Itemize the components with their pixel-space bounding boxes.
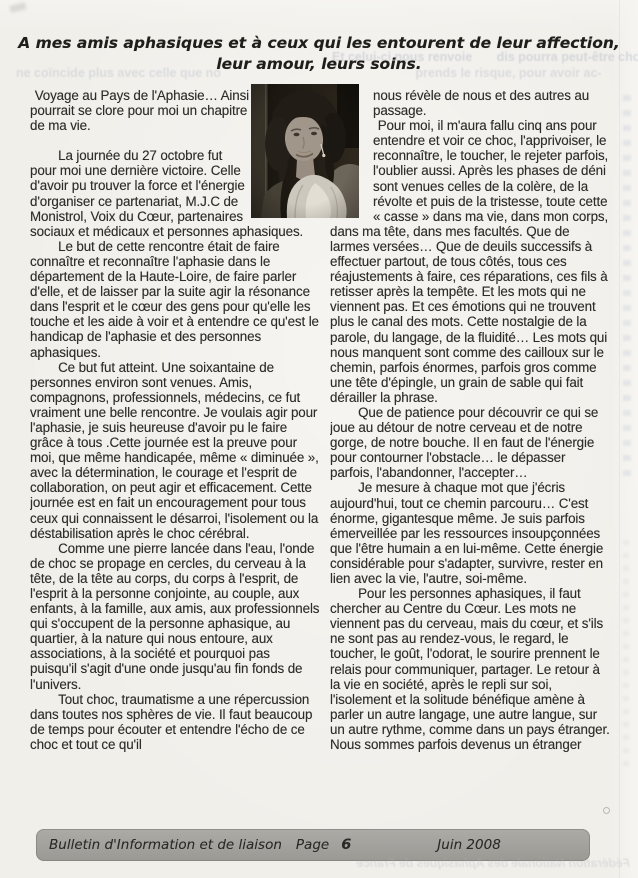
scan-speck (603, 807, 610, 814)
photo-wrap-spacer (330, 88, 373, 222)
photo-wrap-spacer (251, 88, 320, 222)
page-label: Page (296, 837, 329, 853)
paragraph: Pour moi, il m'aura fallu cinq ans pour … (330, 118, 611, 405)
article-title-line2: leur amour, leurs soins. (0, 54, 638, 75)
scanned-newsletter-page: Et celui-ci nous renvoie dis pourra peut… (0, 0, 638, 878)
paragraph: nous révèle de nous et des autres au pas… (330, 88, 611, 118)
bulletin-name: Bulletin d'Information et de liaison (49, 837, 282, 853)
article-title: A mes amis aphasiques et à ceux qui les … (0, 33, 638, 75)
issue-date: Juin 2008 (437, 837, 501, 853)
left-column: Voyage au Pays de l'Aphasie… Ainsi pourr… (30, 88, 320, 832)
page-edge-crease (619, 0, 620, 878)
scan-smudge (9, 2, 26, 13)
paragraph: Ce but fut atteint. Une soixantaine de p… (30, 360, 320, 541)
bleedthrough-text-bottom: Fédération Nationale des Aphasiques de F… (300, 856, 630, 870)
paragraph: Que de patience pour découvrir ce qui se… (330, 405, 611, 480)
paragraph: Comme une pierre lancée dans l'eau, l'on… (30, 541, 320, 692)
paragraph: Je mesure à chaque mot que j'écris aujou… (330, 480, 611, 586)
paragraph: Tout choc, traumatisme a une répercussio… (30, 692, 320, 752)
paragraph: Le but de cette rencontre était de faire… (30, 239, 320, 360)
bleedthrough-right-margin (623, 95, 631, 485)
page-number: 6 (341, 837, 351, 853)
bleedthrough-right-margin (623, 540, 629, 770)
article-title-line1: A mes amis aphasiques et à ceux qui les … (0, 33, 638, 54)
paragraph: Pour les personnes aphasiques, il faut c… (330, 586, 611, 752)
right-column: nous révèle de nous et des autres au pas… (330, 88, 611, 832)
